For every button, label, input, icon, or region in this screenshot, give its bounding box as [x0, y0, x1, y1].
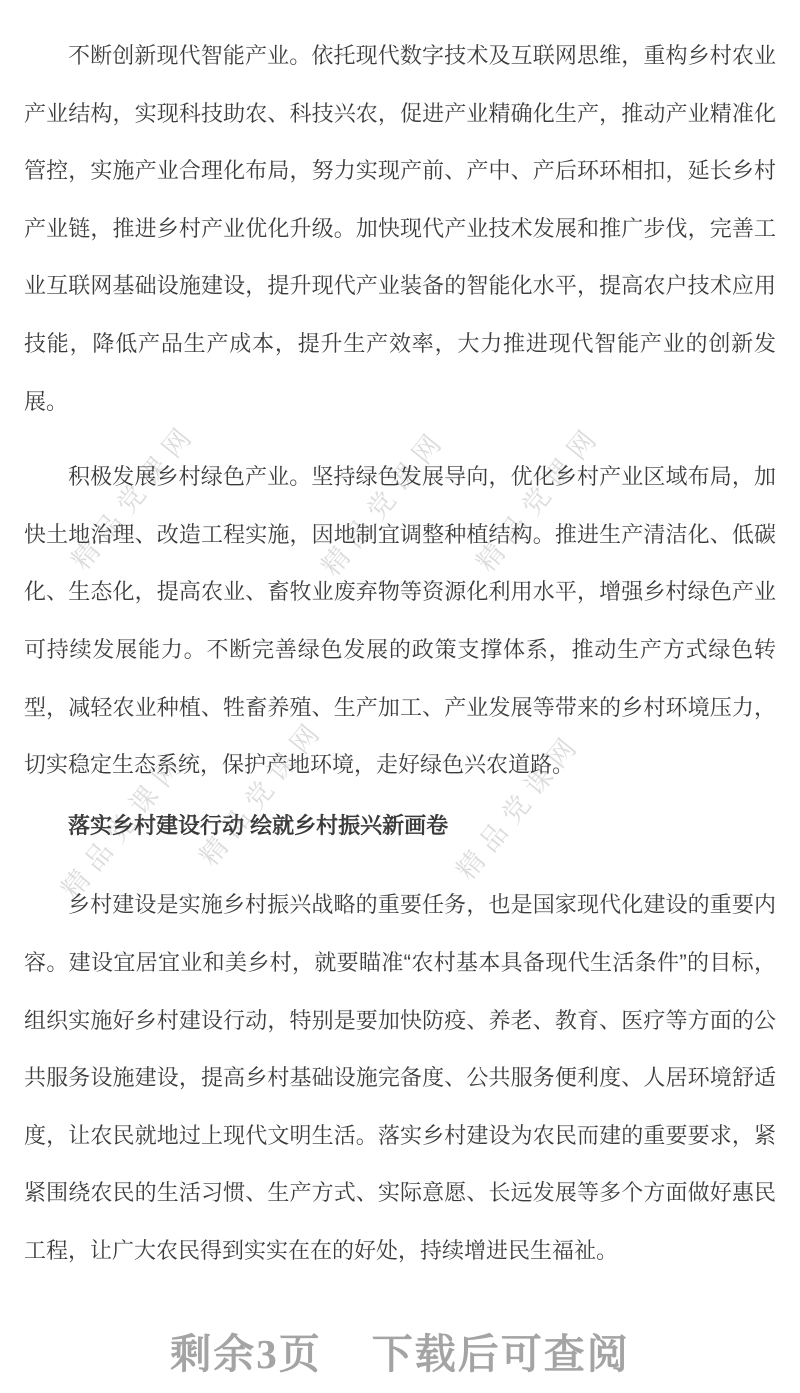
- paragraph-rural-construction: 乡村建设是实施乡村振兴战略的重要任务，也是国家现代化建设的重要内容。建设宜居宜业…: [24, 876, 776, 1279]
- paragraph-green-industry: 积极发展乡村绿色产业。坚持绿色发展导向，优化乡村产业区域布局，加快土地治理、改造…: [24, 448, 776, 794]
- document-content: 不断创新现代智能产业。依托现代数字技术及互联网思维，重构乡村农业产业结构，实现科…: [0, 0, 800, 1279]
- preview-footer: 剩余3页 下载后可查阅: [0, 1330, 800, 1379]
- paragraph-smart-industry: 不断创新现代智能产业。依托现代数字技术及互联网思维，重构乡村农业产业结构，实现科…: [24, 27, 776, 430]
- pages-remaining-label: 剩余3页: [170, 1330, 322, 1379]
- document-page: 精品党课网 精品党课网 精品党课网 精品党课网 精品党课网 精品党课网 不断创新…: [0, 0, 800, 1393]
- section-heading: 落实乡村建设行动 绘就乡村振兴新画卷: [24, 797, 776, 855]
- download-hint-label: 下载后可查阅: [372, 1330, 630, 1379]
